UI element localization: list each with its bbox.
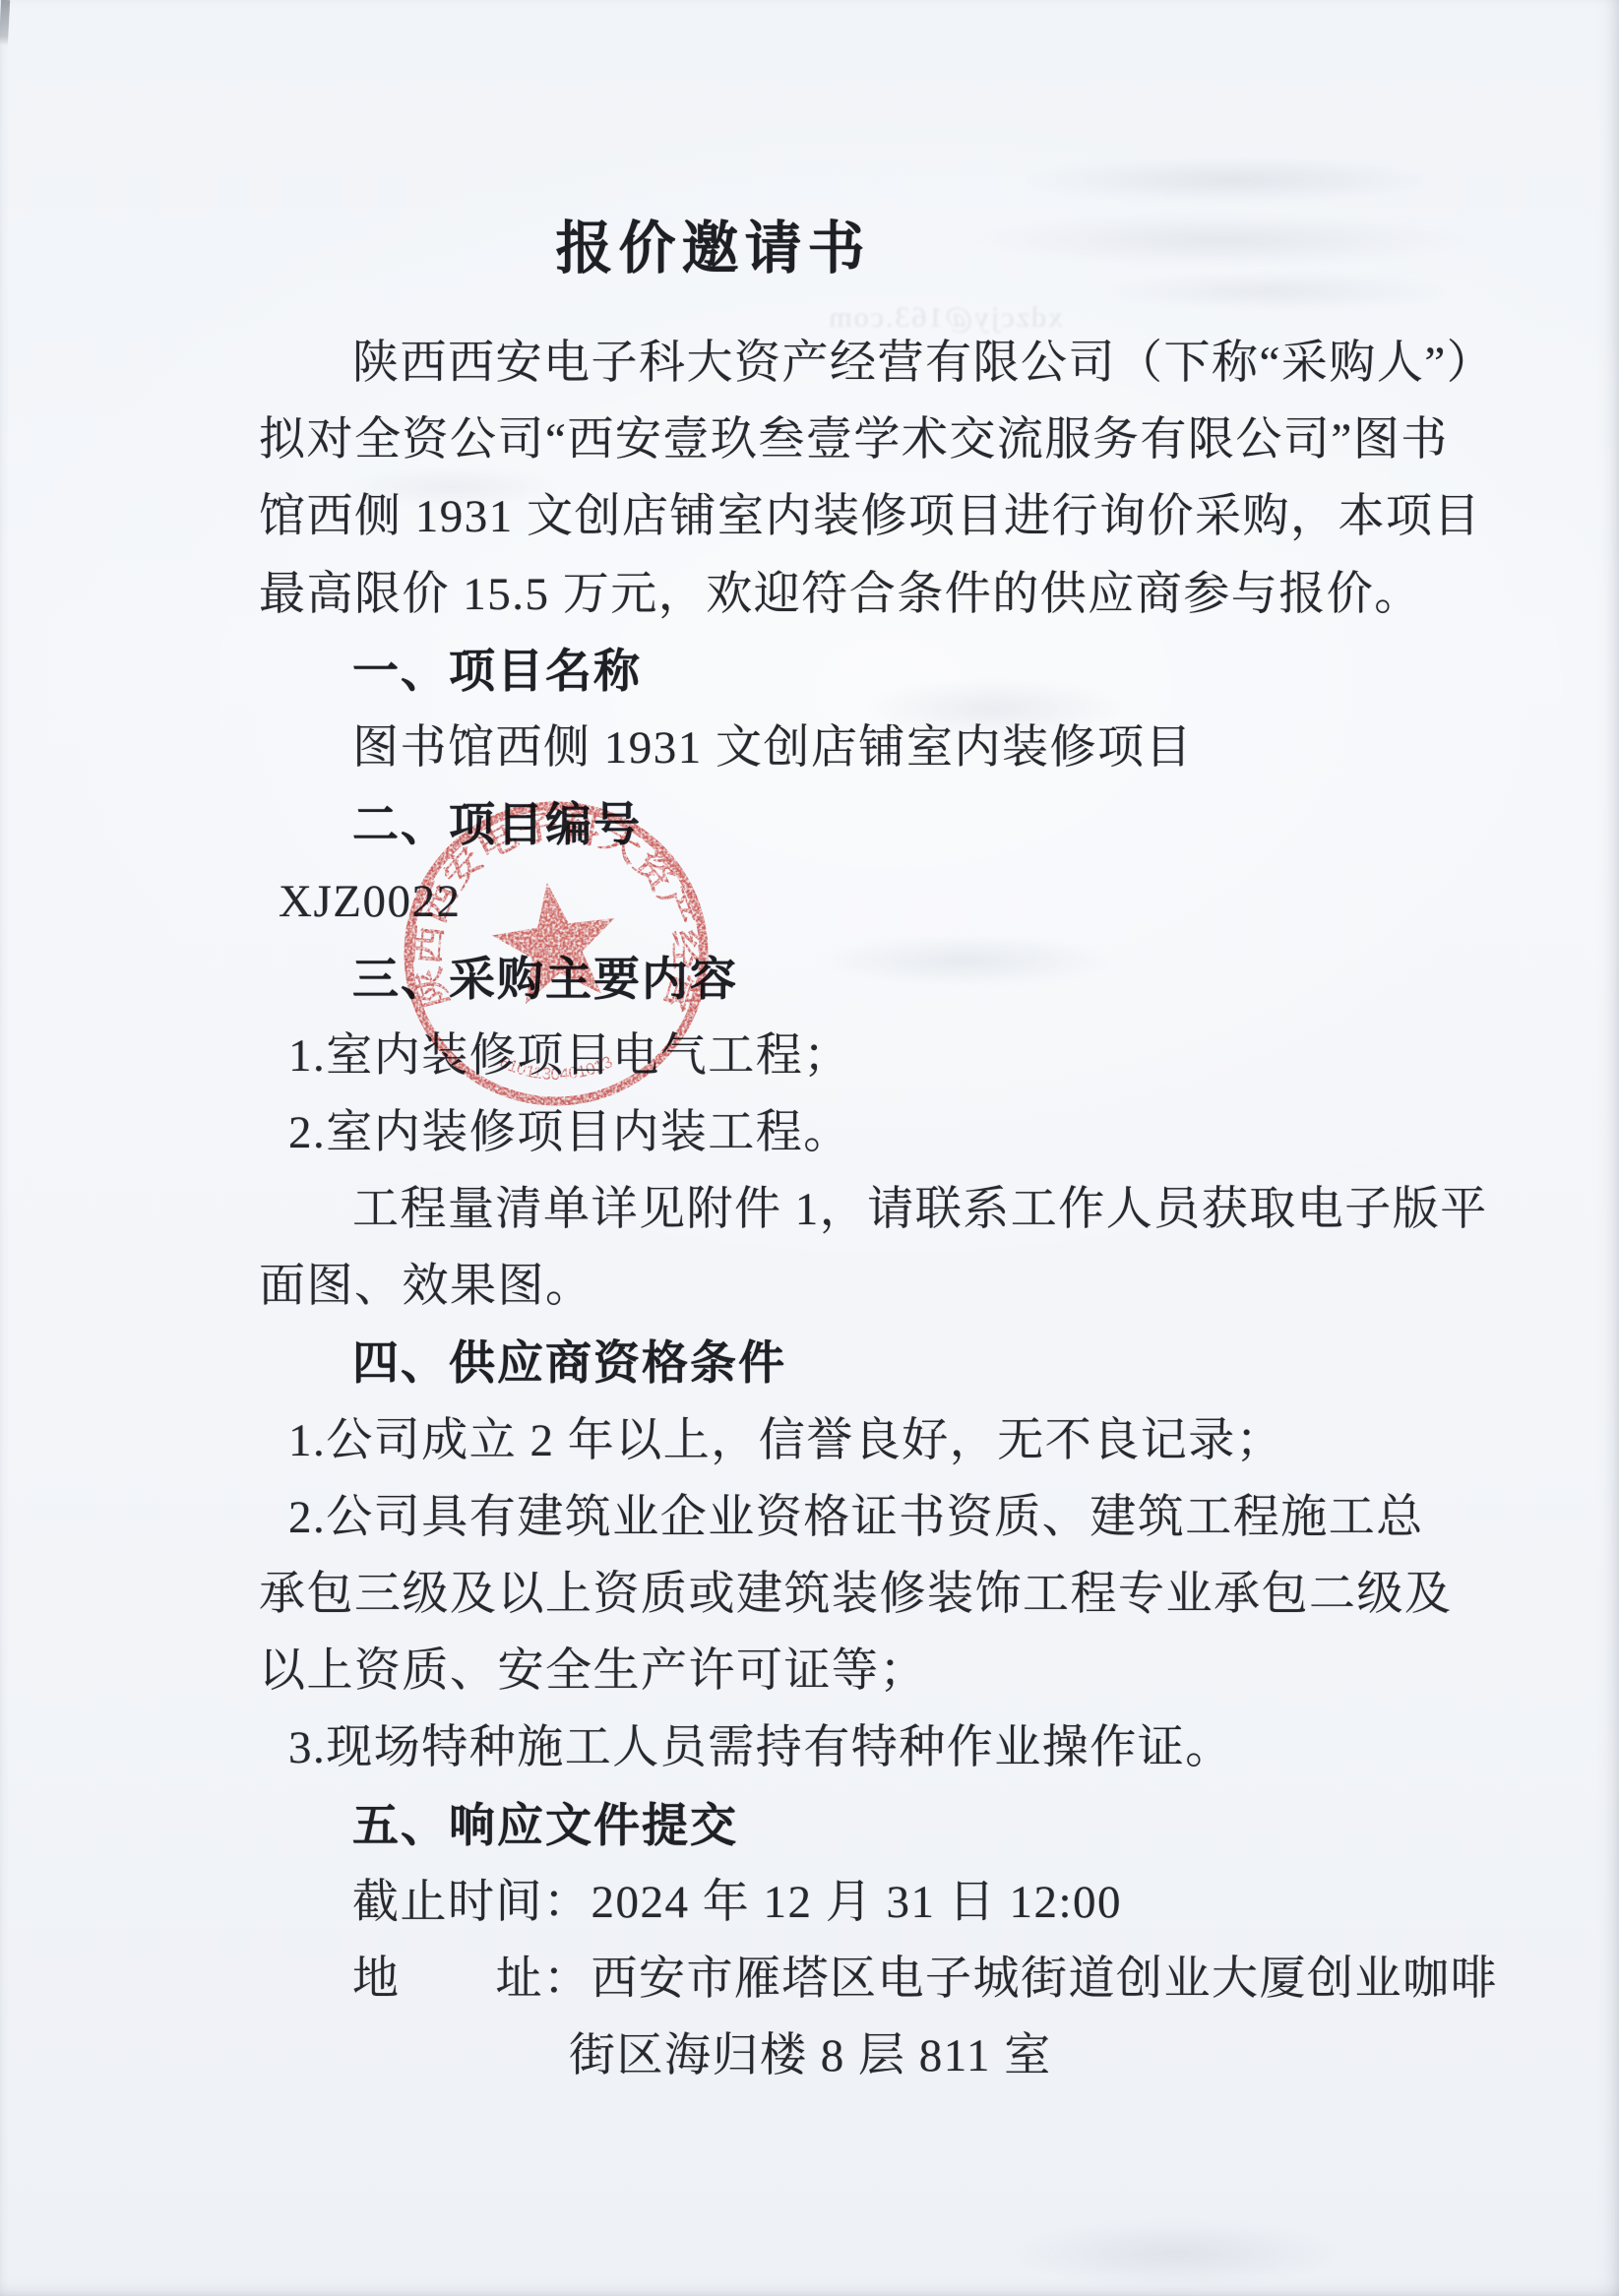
svg-text:6101130401013: 6101130401013 — [497, 1052, 616, 1084]
deadline-line: 截止时间：2024 年 12 月 31 日 12:00 — [259, 1864, 1479, 1941]
procurement-note: 工程量清单详见附件 1，请联系工作人员获取电子版平 — [259, 1171, 1479, 1248]
seal-star-icon — [486, 874, 625, 1008]
bleedthrough-artifact — [1024, 157, 1437, 203]
project-name: 图书馆西侧 1931 文创店铺室内装修项目 — [259, 710, 1479, 786]
qualification-item: 3.现场特种施工人员需持有特种作业操作证。 — [259, 1709, 1479, 1786]
document-body: 陕西西安电子科大资产经营有限公司（下称“采购人”） 拟对全资公司“西安壹玖叁壹学… — [259, 325, 1479, 2094]
procurement-note: 面图、效果图。 — [259, 1248, 1479, 1325]
qualification-item: 承包三级及以上资质或建筑装修装饰工程专业承包二级及 — [259, 1556, 1479, 1633]
seal-code-text: 6101130401013 — [497, 1052, 616, 1084]
intro-line: 最高限价 15.5 万元，欢迎符合条件的供应商参与报价。 — [259, 556, 1479, 633]
address-line: 地 址：西安市雁塔区电子城街道创业大厦创业咖啡 — [259, 1941, 1479, 2017]
scan-edge-artifact — [0, 0, 10, 45]
qualification-item: 1.公司成立 2 年以上，信誉良好，无不良记录； — [259, 1402, 1479, 1479]
intro-line: 馆西侧 1931 文创店铺室内装修项目进行询价采购，本项目 — [259, 478, 1479, 555]
address-line: 街区海归楼 8 层 811 室 — [259, 2017, 1479, 2094]
scanned-page: xdzcjy@163.com 报价邀请书 陕西西安电子科大资产经营有限公司（下称… — [0, 0, 1619, 2296]
bleedthrough-artifact — [1014, 2219, 1339, 2288]
qualification-item: 2.公司具有建筑业企业资格证书资质、建筑工程施工总 — [259, 1479, 1479, 1556]
qualification-item: 以上资质、安全生产许可证等； — [259, 1633, 1479, 1709]
section-heading-qualifications: 四、供应商资格条件 — [259, 1325, 1479, 1401]
intro-line: 拟对全资公司“西安壹玖叁壹学术交流服务有限公司”图书 — [259, 402, 1479, 478]
official-seal: 陕西西安电子科大资产经营有限公司 6101130401013 — [382, 779, 730, 1128]
document-title: 报价邀请书 — [0, 215, 1426, 283]
section-heading-submission: 五、响应文件提交 — [259, 1787, 1479, 1864]
section-heading-project-name: 一、项目名称 — [259, 633, 1479, 710]
intro-line: 陕西西安电子科大资产经营有限公司（下称“采购人”） — [259, 325, 1479, 402]
